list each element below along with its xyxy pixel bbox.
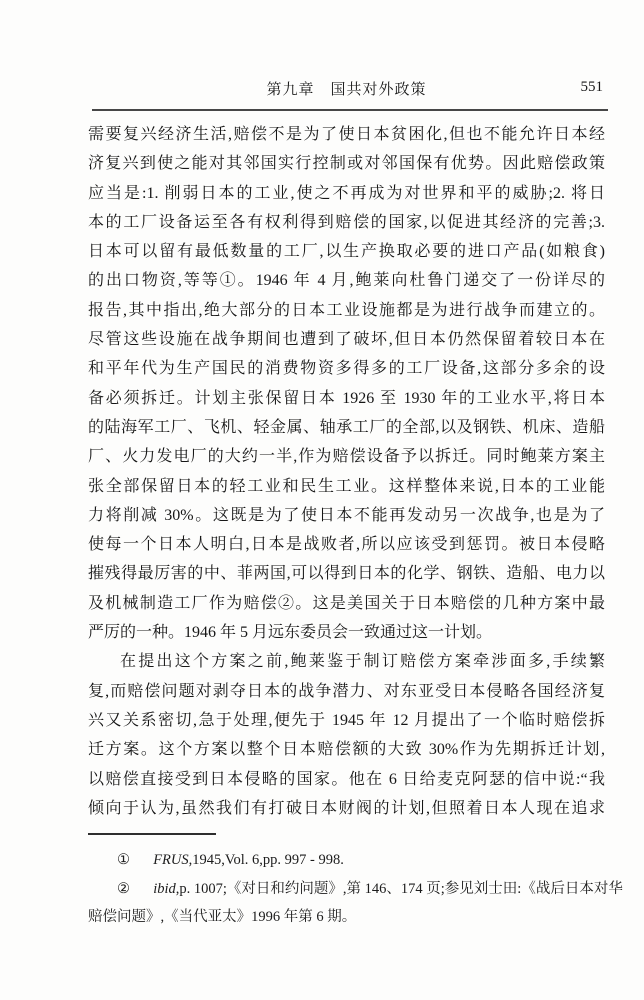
footnote-2-marker: ② <box>117 881 130 897</box>
header-rule <box>92 109 608 111</box>
body-line: 迁方案。这个方案以整个日本赔偿额的大致 30%作为先期拆迁计划, <box>88 735 605 764</box>
body-line: 摧残得最厉害的中、菲两国,可以得到日本的化学、钢铁、造船、电力以 <box>88 559 605 588</box>
body-line: 的出口物资,等等①。1946 年 4 月,鲍莱向杜鲁门递交了一份详尽的 <box>88 266 605 295</box>
body-line: 倾向于认为,虽然我们有打破日本财阀的计划,但照着日本人现在追求 <box>88 794 605 823</box>
footnote-1: ①FRUS,1945,Vol. 6,pp. 997 - 998. <box>88 846 608 875</box>
book-page: 第九章 国共对外政策 551 需要复兴经济生活,赔偿不是为了使日本贫困化,但也不… <box>0 0 644 1000</box>
body-line: 济复兴到使之能对其邻国实行控制或对邻国保有优势。因此赔偿政策 <box>88 149 605 178</box>
body-text: 需要复兴经济生活,赔偿不是为了使日本贫困化,但也不能允许日本经 济复兴到使之能对… <box>88 120 605 823</box>
footnote-1-text: ,1945,Vol. 6,pp. 997 - 998. <box>189 852 344 868</box>
footnote-2-line1: ②ibid,p. 1007;《对日和约问题》,第 146、174 页;参见刘士田… <box>88 875 608 904</box>
body-line: 使每一个日本人明白,日本是战败者,所以应该受到惩罚。被日本侵略 <box>88 530 605 559</box>
body-line: 兴又关系密切,急于处理,便先于 1945 年 12 月提出了一个临时赔偿拆 <box>88 706 605 735</box>
footnotes: ①FRUS,1945,Vol. 6,pp. 997 - 998. ②ibid,p… <box>88 846 608 932</box>
body-line: 报告,其中指出,绝大部分的日本工业设施都是为进行战争而建立的。 <box>88 296 605 325</box>
body-line: 张全部保留日本的轻工业和民生工业。这样整体来说,日本的工业能 <box>88 472 605 501</box>
body-line: 力将削减 30%。这既是为了使日本不能再发动另一次战争,也是为了 <box>88 501 605 530</box>
body-line-paragraph-start: 在提出这个方案之前,鲍莱鉴于制订赔偿方案牵涉面多,手续繁 <box>88 647 605 676</box>
page-number: 551 <box>581 79 604 96</box>
body-line: 本的工厂设备运至各有权利得到赔偿的国家,以促进其经济的完善;3. <box>88 208 605 237</box>
footnote-1-source: FRUS <box>153 852 188 868</box>
body-line: 和平年代为生产国民的消费物资多得多的工厂设备,这部分多余的设 <box>88 354 605 383</box>
body-line: 尽管这些设施在战争期间也遭到了破坏,但日本仍然保留着较日本在 <box>88 325 605 354</box>
body-line: 及机械制造工厂作为赔偿②。这是美国关于日本赔偿的几种方案中最 <box>88 589 605 618</box>
body-line: 严厉的一种。1946 年 5 月远东委员会一致通过这一计划。 <box>88 618 605 647</box>
footnote-2-source: ibid <box>153 881 176 897</box>
body-line: 应当是:1. 削弱日本的工业,使之不再成为对世界和平的威胁;2. 将日 <box>88 179 605 208</box>
footnote-2-line2: 赔偿问题》,《当代亚太》1996 年第 6 期。 <box>88 903 608 932</box>
footnote-2-text: ,p. 1007;《对日和约问题》,第 146、174 页;参见刘士田:《战后日… <box>176 881 623 897</box>
footnote-separator <box>88 833 216 835</box>
body-line: 需要复兴经济生活,赔偿不是为了使日本贫困化,但也不能允许日本经 <box>88 120 605 149</box>
footnote-1-marker: ① <box>117 852 130 868</box>
body-line: 以赔偿直接受到日本侵略的国家。他在 6 日给麦克阿瑟的信中说:“我 <box>88 765 605 794</box>
body-line: 厂、火力发电厂的大约一半,作为赔偿设备予以拆迁。同时鲍莱方案主 <box>88 442 605 471</box>
body-line: 日本可以留有最低数量的工厂,以生产换取必要的进口产品(如粮食) <box>88 237 605 266</box>
chapter-title: 第九章 国共对外政策 <box>88 78 605 99</box>
page-header: 第九章 国共对外政策 551 <box>88 78 605 102</box>
body-line: 备必须拆迁。计划主张保留日本 1926 至 1930 年的工业水平,将日本 <box>88 384 605 413</box>
body-line: 复,而赔偿问题对剥夺日本的战争潜力、对东亚受日本侵略各国经济复 <box>88 677 605 706</box>
body-line: 的陆海军工厂、飞机、轻金属、轴承工厂的全部,以及钢铁、机床、造船 <box>88 413 605 442</box>
